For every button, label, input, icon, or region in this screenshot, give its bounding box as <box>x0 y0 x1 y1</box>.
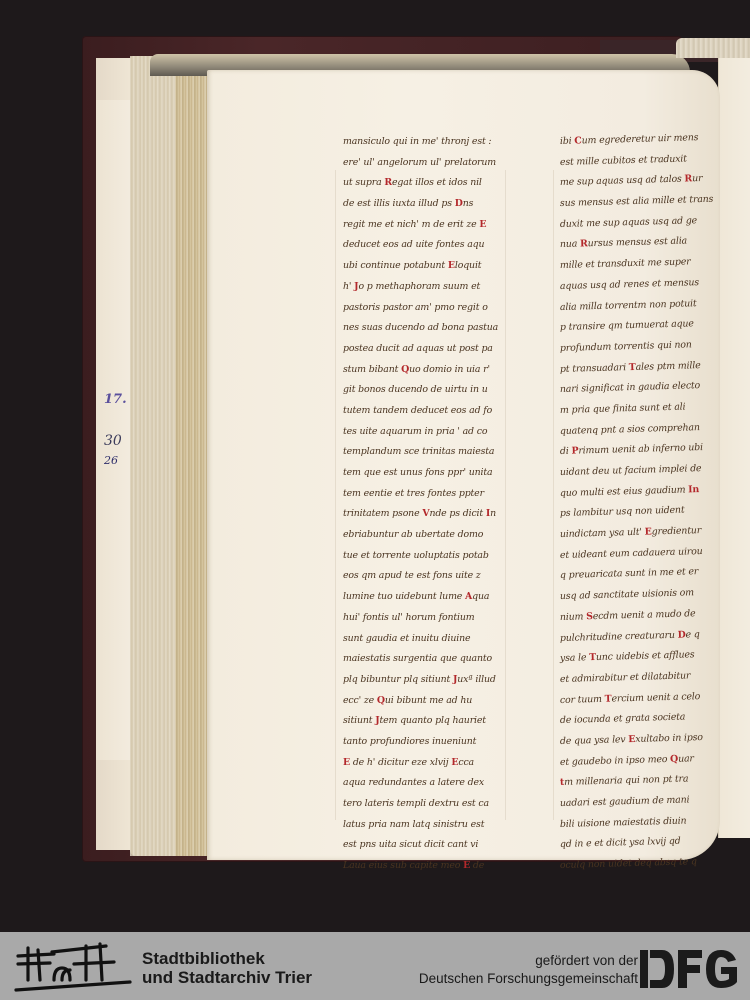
manuscript-line: h' Jo p methaphoram suum et <box>343 277 518 298</box>
rubricated-initial: V <box>422 508 429 519</box>
manuscript-line: tue et torrente uoluptatis potab <box>343 546 518 567</box>
rubricated-initial: J <box>453 674 457 685</box>
facing-page <box>718 58 750 838</box>
manuscript-line: maiestatis surgentia que quanto <box>343 649 518 670</box>
rubricated-initial: S <box>586 611 593 622</box>
trier-library-logo-icon <box>14 940 132 992</box>
manuscript-line: eos qm apud te est fons uite z <box>343 566 518 587</box>
manuscript-line: templandum sce trinitas maiesta <box>343 442 518 463</box>
flyleaf <box>96 100 133 760</box>
rubricated-initial: T <box>629 361 636 372</box>
manuscript-line: tem eentie et tres fontes ppter <box>343 484 518 505</box>
page-edges-light <box>130 56 175 856</box>
text-column-left: mansiculo qui in me' thronj est :ere' ul… <box>343 132 518 877</box>
manuscript-line: aqua redundantes a latere dex <box>343 773 518 794</box>
text-column-right: ibi Cum egrederetur uir mensest mille cu… <box>560 132 720 877</box>
manuscript-line: ubi continue potabunt Eloquit <box>343 256 518 277</box>
rubricated-initial: R <box>684 174 692 185</box>
rubricated-initial: E <box>448 260 455 271</box>
footer-bar: Stadtbibliothek und Stadtarchiv Trier ge… <box>0 932 750 1000</box>
rubricated-initial: J <box>354 281 358 292</box>
rubricated-initial: J <box>375 715 379 726</box>
rubricated-initial: E <box>343 757 350 768</box>
manuscript-line: trinitatem psone Vnde ps dicit In <box>343 504 518 525</box>
funding-line-1: gefördert von der <box>419 952 638 970</box>
manuscript-line: git bonos ducendo de uirtu in u <box>343 380 518 401</box>
manuscript-line: sunt gaudia et inuitu diuine <box>343 629 518 650</box>
manuscript-line: postea ducit ad aquas ut post pa <box>343 339 518 360</box>
rubricated-initial: In <box>688 484 699 495</box>
manuscript-line: latus pria nam latq sinistru est <box>343 815 518 836</box>
manuscript-line: tanto profundiores inueniunt <box>343 732 518 753</box>
rubricated-initial: A <box>465 591 472 602</box>
manuscript-line: ere' ul' angelorum ul' prelatorum <box>343 153 518 174</box>
manuscript-line: nes suas ducendo ad bona pastua <box>343 318 518 339</box>
rubricated-initial: E <box>645 527 652 538</box>
ruling-line <box>335 170 336 820</box>
rubricated-initial: C <box>574 135 582 146</box>
institution-line-2: und Stadtarchiv Trier <box>142 968 312 987</box>
manuscript-line: ecc' ze Qui bibunt me ad hu <box>343 691 518 712</box>
manuscript-line: ut supra Regat illos et idos nil <box>343 173 518 194</box>
manuscript-line: tutem tandem deducet eos ad fo <box>343 401 518 422</box>
manuscript-photo: 17. 30 26 mansiculo qui in me' thronj es… <box>0 0 750 932</box>
rubricated-initial: Q <box>670 753 678 764</box>
manuscript-line: tero lateris templi dextru est ca <box>343 794 518 815</box>
rubricated-initial: D <box>455 198 463 209</box>
manuscript-line: pastoris pastor am' pmo regit o <box>343 298 518 319</box>
shelfmark-note: 30 <box>104 433 122 449</box>
manuscript-line: oculq non uidet deq absq te q <box>560 852 721 877</box>
funding-notice: gefördert von der Deutschen Forschungsge… <box>419 952 638 988</box>
manuscript-line: mansiculo qui in me' thronj est : <box>343 132 518 153</box>
manuscript-line: tes uite aquarum in pria ' ad co <box>343 422 518 443</box>
rubricated-initial: D <box>677 629 685 640</box>
rubricated-initial: P <box>571 446 578 457</box>
institution-line-1: Stadtbibliothek <box>142 949 312 968</box>
manuscript-line: Laua eius sub capite meo E de <box>343 856 518 877</box>
page-top-edge-right <box>676 38 750 58</box>
rubricated-initial: R <box>384 177 392 188</box>
manuscript-line: tem que est unus fons ppr' unita <box>343 463 518 484</box>
rubricated-initial: T <box>605 693 612 704</box>
manuscript-line: stum bibant Quo domio in uia r' <box>343 360 518 381</box>
rubricated-initial: E <box>451 757 458 768</box>
rubricated-initial: Q <box>377 695 385 706</box>
manuscript-line: lumine tuo uidebunt lume Aqua <box>343 587 518 608</box>
manuscript-line: regit me et nich' m de erit ze E <box>343 215 518 236</box>
rubricated-initial: E <box>463 860 470 871</box>
manuscript-line: plq bibuntur plq sitiunt Juxª illud <box>343 670 518 691</box>
rubricated-initial: E <box>628 734 635 745</box>
institution-name: Stadtbibliothek und Stadtarchiv Trier <box>142 949 312 987</box>
rubricated-initial: t <box>560 777 564 788</box>
manuscript-line: est pns uita sicut dicit cant vi <box>343 835 518 856</box>
manuscript-line: sitiunt Jtem quanto plq hauriet <box>343 711 518 732</box>
dfg-logo-icon <box>640 948 740 990</box>
shelfmark-note: 26 <box>104 454 118 467</box>
rubricated-initial: I <box>486 508 490 519</box>
funding-line-2: Deutschen Forschungsgemeinschaft <box>419 970 638 988</box>
rubricated-initial: T <box>589 652 596 663</box>
manuscript-line: ebriabuntur ab ubertate domo <box>343 525 518 546</box>
manuscript-line: de est illis iuxta illud ps Dns <box>343 194 518 215</box>
ruling-line <box>553 170 554 820</box>
shelfmark-note: 17. <box>104 392 127 407</box>
manuscript-line: deducet eos ad uite fontes aqu <box>343 235 518 256</box>
rubricated-initial: E <box>479 219 486 230</box>
rubricated-initial: Q <box>401 364 409 375</box>
rubricated-initial: R <box>580 239 588 250</box>
manuscript-line: E de h' dicitur eze xlvij Ecca <box>343 753 518 774</box>
manuscript-line: hui' fontis ul' horum fontium <box>343 608 518 629</box>
